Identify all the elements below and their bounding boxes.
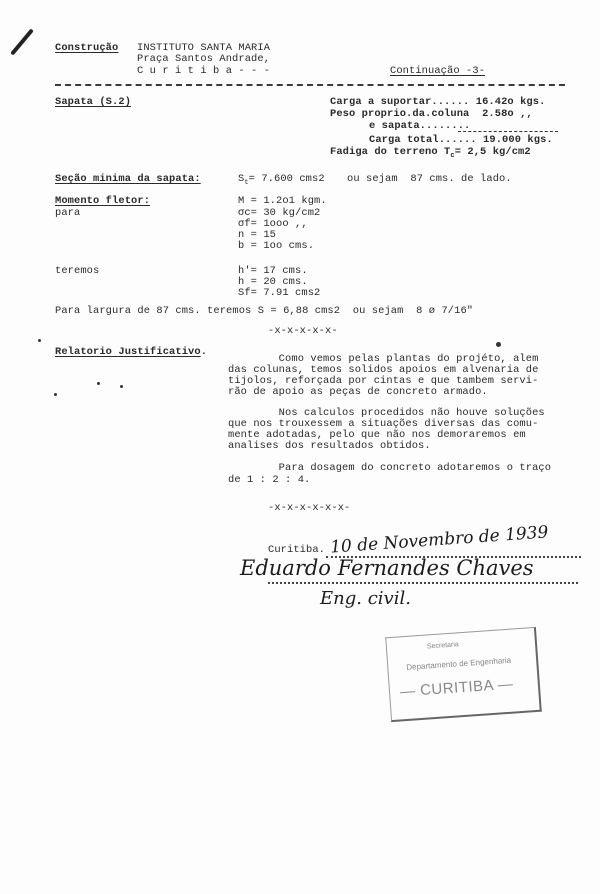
- separator: -x-x-x-x-x-: [268, 326, 338, 337]
- secao-value: St= 7.600 cms2: [238, 174, 325, 189]
- largura-line: Para largura de 87 cms. teremos S = 6,88…: [55, 306, 473, 317]
- signature-dotline: [268, 582, 578, 584]
- load-row: e sapata........: [369, 121, 470, 132]
- paragraph-line: rão de apoio as peças de concreto armado…: [228, 387, 488, 398]
- handwritten-date: 10 de Novembro de 1939: [330, 522, 549, 557]
- construction-label: Construção: [55, 43, 118, 54]
- institution-address: Praça Santos Andrade,: [137, 54, 270, 65]
- para-label: para: [55, 208, 80, 219]
- momento-label: Momento fletor:: [55, 196, 150, 207]
- load-row: Carga total...... 19.000 kgs.: [369, 135, 553, 146]
- signature-place: Curitiba.: [268, 545, 325, 556]
- institution-city: C u r i t i b a - - -: [137, 66, 270, 77]
- ink-speck: [496, 342, 501, 347]
- header-divider: [55, 84, 565, 86]
- momento-value: b = 1oo cms.: [238, 241, 314, 252]
- sapata-title: Sapata (S.2): [55, 97, 131, 108]
- paragraph-line: analises dos resultados obtidos.: [228, 441, 431, 452]
- result-value: Sf= 7.91 cms2: [238, 288, 320, 299]
- official-stamp: Secretaria Departamento de Engenharia — …: [385, 627, 542, 722]
- handwritten-title: Eng. civil.: [320, 588, 411, 609]
- ink-speck: [38, 339, 41, 342]
- teremos-label: teremos: [55, 266, 99, 277]
- relatorio-title: Relatorio Justificativo.: [55, 347, 207, 358]
- secao-side: ou sejam 87 cms. de lado.: [347, 174, 512, 185]
- ink-speck: [120, 385, 123, 388]
- ink-speck: [97, 382, 100, 385]
- handwritten-signature: Eduardo Fernandes Chaves: [240, 556, 534, 580]
- load-row: Peso proprio.da.coluna 2.58o ,,: [330, 109, 533, 120]
- ink-speck: [54, 393, 57, 396]
- load-row: Fadiga do terreno Tc= 2,5 kg/cm2: [330, 147, 531, 162]
- paragraph-line: de 1 : 2 : 4.: [228, 475, 310, 486]
- load-row: Carga a suportar...... 16.42o kgs.: [330, 97, 545, 108]
- paragraph-line: Para dosagem do concreto adotaremos o tr…: [228, 463, 551, 474]
- separator: -x-x-x-x-x-x-: [268, 503, 350, 514]
- check-mark: [10, 28, 34, 55]
- secao-label: Seção minima da sapata:: [55, 174, 201, 185]
- sum-underline: [458, 131, 558, 132]
- momento-value: M = 1.2o1 kgm.: [238, 196, 327, 207]
- continuation-label: Continuação -3-: [390, 66, 485, 77]
